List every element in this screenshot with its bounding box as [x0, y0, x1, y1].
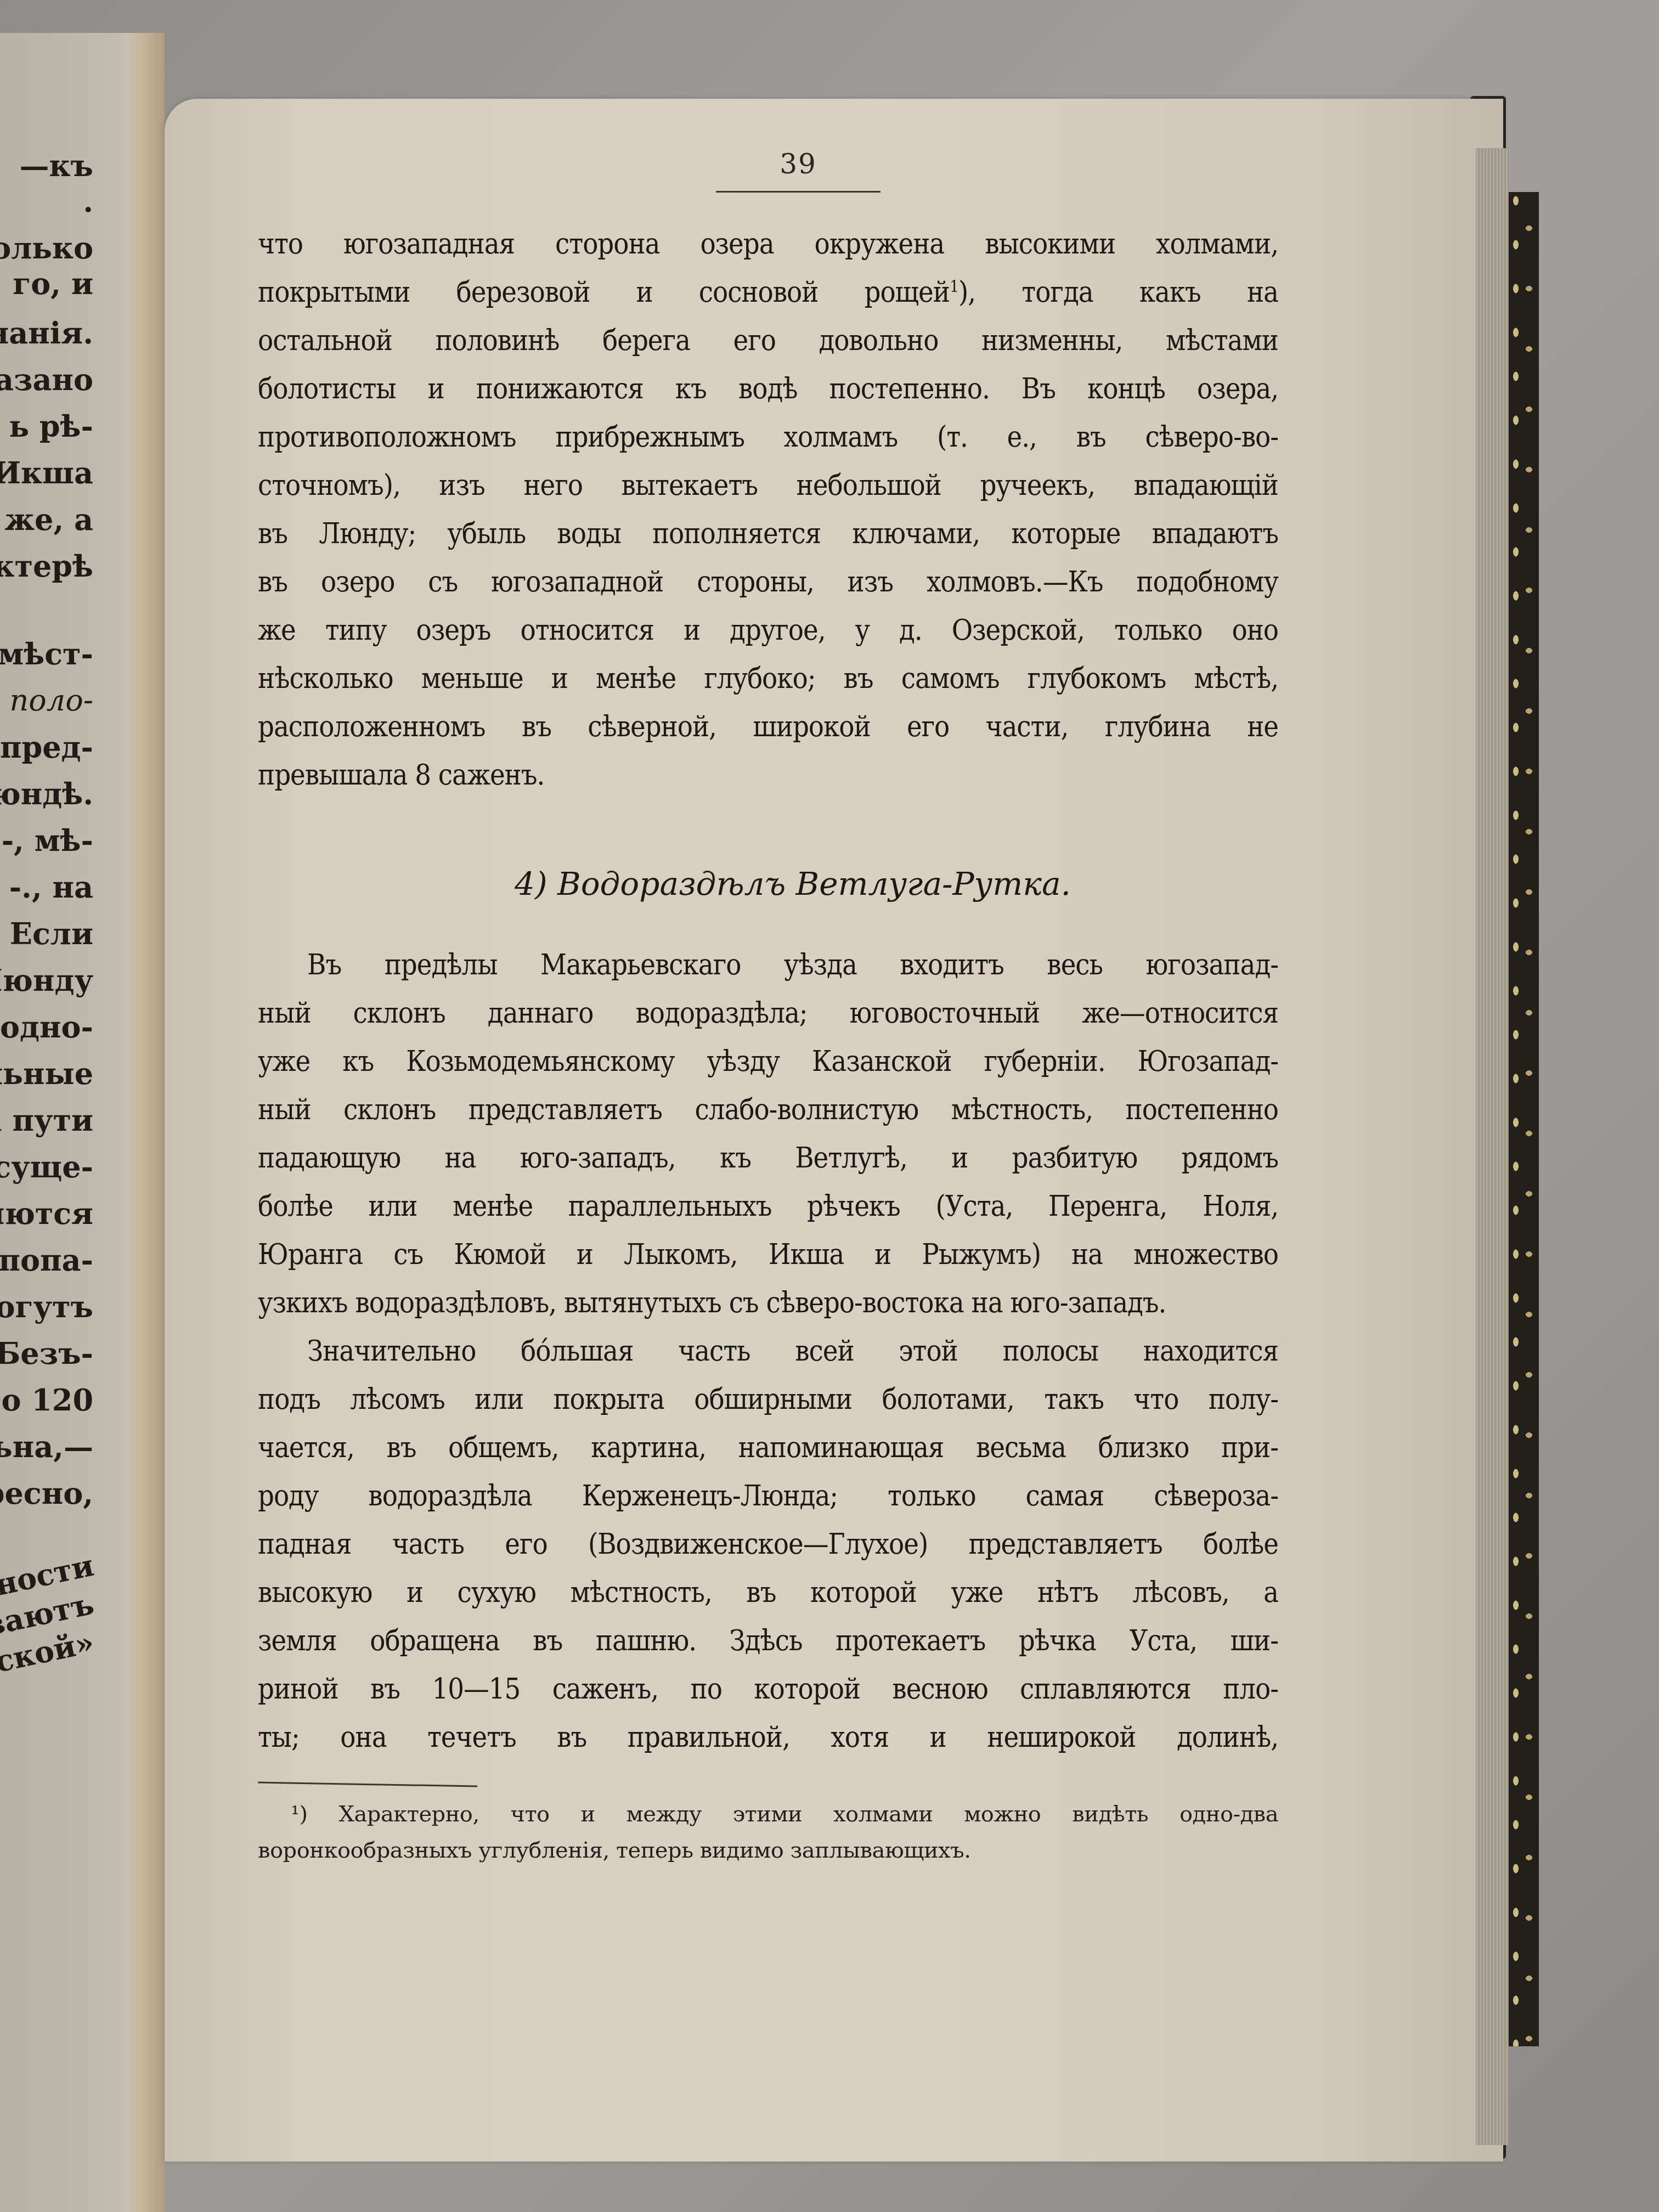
page-number: 39 [318, 148, 1278, 180]
left-page-fragment: пред- [0, 730, 93, 765]
left-page-fragment: ь рѣ- [9, 409, 93, 444]
text-line: земля обращена въ пашню. Здѣсь протекает… [258, 1617, 1278, 1665]
text-line: сточномъ), изъ него вытекаетъ небольшой … [258, 461, 1278, 510]
text-line: падная часть его (Воздвиженское—Глухое) … [258, 1520, 1278, 1568]
paragraph-3: Значительно бóльшая часть всей этой поло… [258, 1327, 1278, 1762]
text-line: ты; она течетъ въ правильной, хотя и неш… [258, 1713, 1278, 1762]
left-page-fragment: о 120 [1, 1383, 93, 1418]
text-line: высокую и сухую мѣстность, въ которой уж… [258, 1568, 1278, 1617]
text-line: болотисты и понижаются къ водѣ постепенн… [258, 365, 1278, 413]
text-line: риной въ 10—15 саженъ, по которой весною… [258, 1665, 1278, 1713]
left-page-fragment: же, а [5, 502, 93, 537]
footnote-line: воронкообразныхъ углубленія, теперь види… [258, 1832, 1278, 1869]
left-page-fragment: Икша [0, 455, 93, 490]
text-line: же типу озеръ относится и другое, у д. О… [258, 606, 1278, 654]
left-page-fragment: Люнду [0, 963, 93, 998]
left-page-fragment: юндѣ. [0, 776, 93, 811]
facing-left-page: —къ.солького, инанія.казаноь рѣ-Икшаже, … [0, 33, 165, 2212]
book-gutter [126, 33, 165, 2212]
text-line: Юранга съ Кюмой и Лыкомъ, Икша и Рыжумъ)… [258, 1231, 1278, 1279]
left-page-text-fragments: —къ.солького, инанія.казаноь рѣ-Икшаже, … [0, 33, 93, 2212]
left-page-fragment: мѣст- [0, 636, 93, 672]
text-line: Въ предѣлы Макарьевскаго уѣзда входитъ в… [258, 941, 1278, 989]
text-line: ный склонъ представляетъ слабо-волнистую… [258, 1086, 1278, 1134]
footnote-marker: ¹) [291, 1802, 308, 1827]
left-page-fragment: поло- [10, 683, 93, 718]
paragraph-2: Въ предѣлы Макарьевскаго уѣзда входитъ в… [258, 941, 1278, 1327]
left-page-fragment: ктерѣ [0, 549, 93, 584]
footnote-reference[interactable]: 1 [950, 277, 958, 296]
left-page-fragment: -., на [9, 870, 93, 905]
text-line: въ Люнду; убыль воды пополняется ключами… [258, 510, 1278, 558]
left-page-fragment: нанія. [0, 315, 93, 351]
text-line-with-footnote: покрытыми березовой и сосновой рощей1), … [258, 268, 1278, 317]
left-page-fragment: го, и [13, 266, 93, 301]
text-line: роду водораздѣла Керженецъ-Люнда; только… [258, 1472, 1278, 1520]
text-line: падающую на юго-западъ, къ Ветлугѣ, и ра… [258, 1134, 1278, 1182]
paragraph-1: что югозападная сторона озера окружена в… [258, 220, 1278, 799]
text-line: превышала 8 саженъ. [258, 751, 1278, 799]
left-page-fragment: . [83, 184, 93, 219]
left-page-fragment: Безъ- [0, 1336, 93, 1371]
section-heading: 4) Водораздѣлъ Ветлуга-Рутка. [258, 865, 1278, 902]
text-line: Значительно бóльшая часть всей этой поло… [258, 1327, 1278, 1375]
text-line: въ озеро съ югозападной стороны, изъ хол… [258, 558, 1278, 606]
left-page-fragment: могутъ [0, 1289, 93, 1324]
text-line: расположенномъ въ сѣверной, широкой его … [258, 703, 1278, 751]
footnote: ¹) Характерно, что и между этими холмами… [258, 1796, 1278, 1869]
text-line: ный склонъ даннаго водораздѣла; юговосто… [258, 989, 1278, 1037]
left-page-fragment: солько [0, 230, 93, 266]
left-page-fragment: а пути [0, 1103, 93, 1138]
left-page-fragment: Если [10, 916, 93, 951]
text-line: подъ лѣсомъ или покрыта обширными болота… [258, 1375, 1278, 1424]
text-line: противоположномъ прибрежнымъ холмамъ (т.… [258, 413, 1278, 461]
text-line: узкихъ водораздѣловъ, вытянутыхъ съ сѣве… [258, 1279, 1278, 1327]
left-page-fragment: ельные [0, 1056, 93, 1091]
left-page-fragment: ьна,— [0, 1429, 93, 1464]
text-line: остальной половинѣ берега его довольно н… [258, 317, 1278, 365]
page-content: 39 что югозападная сторона озера окружен… [258, 148, 1278, 1869]
left-page-fragment: няются [0, 1196, 93, 1231]
left-page-fragment: казано [0, 362, 93, 397]
left-page-fragment: —къ [20, 148, 93, 183]
text-line: уже къ Козьмодемьянскому уѣзду Казанской… [258, 1037, 1278, 1086]
left-page-fragment: попа- [0, 1243, 93, 1278]
footnote-rule [258, 1782, 477, 1787]
left-page-fragment: одно- [0, 1009, 93, 1045]
text-line: нѣсколько меньше и менѣе глубоко; въ сам… [258, 654, 1278, 703]
page-stack-edges [1476, 148, 1509, 2145]
footnote-line: ¹) Характерно, что и между этими холмами… [258, 1796, 1278, 1832]
left-page-fragment: ересно, [0, 1476, 93, 1511]
text-line: что югозападная сторона озера окружена в… [258, 220, 1278, 268]
header-rule [716, 191, 881, 193]
marbled-page-edge [1506, 192, 1539, 2046]
left-page-fragment: -, мѣ- [2, 823, 93, 858]
text-line: болѣе или менѣе параллельныхъ рѣчекъ (Ус… [258, 1182, 1278, 1231]
text-line: чается, въ общемъ, картина, напоминающая… [258, 1424, 1278, 1472]
left-page-fragment: суще- [0, 1149, 93, 1184]
